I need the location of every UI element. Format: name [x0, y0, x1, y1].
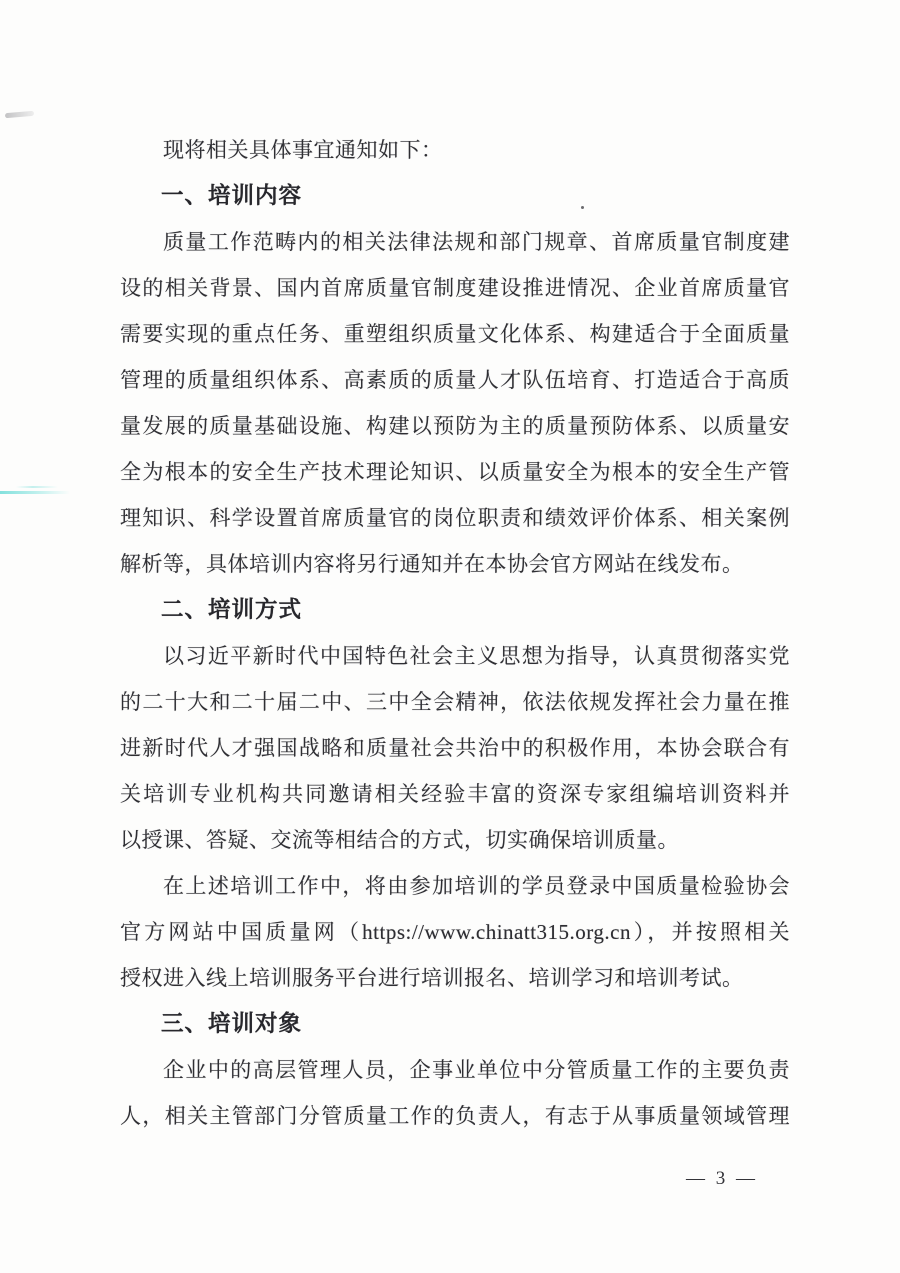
section-2-para-1-line-3: 进新时代人才强国战略和质量社会共治中的积极作用，本协会联合有	[120, 725, 790, 771]
section-2-para-1-line-5: 以授课、答疑、交流等相结合的方式，切实确保培训质量。	[120, 817, 790, 863]
section-3-para-1-line-2: 人，相关主管部门分管质量工作的负责人，有志于从事质量领域管理	[120, 1093, 790, 1139]
section-2-para-2-line-1: 在上述培训工作中，将由参加培训的学员登录中国质量检验协会	[120, 863, 790, 909]
section-2-para-1-line-2: 的二十大和二十届二中、三中全会精神，依法依规发挥社会力量在推	[120, 679, 790, 725]
section-1-para-1-line-4: 管理的质量组织体系、高素质的质量人才队伍培育、打造适合于高质	[120, 357, 790, 403]
section-2-heading: 二、培训方式	[120, 587, 790, 633]
section-1-para-1-line-5: 量发展的质量基础设施、构建以预防为主的质量预防体系、以质量安	[120, 403, 790, 449]
section-1-para-1-line-7: 理知识、科学设置首席质量官的岗位职责和绩效评价体系、相关案例	[120, 495, 790, 541]
section-3-heading: 三、培训对象	[120, 1001, 790, 1047]
section-1-para-1-line-3: 需要实现的重点任务、重塑组织质量文化体系、构建适合于全面质量	[120, 311, 790, 357]
section-1-para-1-line-6: 全为根本的安全生产技术理论知识、以质量安全为根本的安全生产管	[120, 449, 790, 495]
page-number: — 3 —	[686, 1164, 758, 1194]
section-2-para-1-line-4: 关培训专业机构共同邀请相关经验丰富的资深专家组编培训资料并	[120, 771, 790, 817]
section-1-para-1-line-1: 质量工作范畴内的相关法律法规和部门规章、首席质量官制度建	[120, 219, 790, 265]
section-2-para-2-line-2: 官方网站中国质量网（https://www.chinatt315.org.cn）…	[120, 909, 790, 955]
document-body: 现将相关具体事宜通知如下： 一、培训内容 质量工作范畴内的相关法律法规和部门规章…	[120, 127, 790, 1139]
section-1-para-1-line-8: 解析等，具体培训内容将另行通知并在本协会官方网站在线发布。	[120, 541, 790, 587]
intro-line: 现将相关具体事宜通知如下：	[120, 127, 790, 173]
section-1-para-1-line-2: 设的相关背景、国内首席质量官制度建设推进情况、企业首席质量官	[120, 265, 790, 311]
section-2-para-2-line-3: 授权进入线上培训服务平台进行培训报名、培训学习和培训考试。	[120, 955, 790, 1001]
section-2-para-1-line-1: 以习近平新时代中国特色社会主义思想为指导，认真贯彻落实党	[120, 633, 790, 679]
scanned-document-page: 现将相关具体事宜通知如下： 一、培训内容 质量工作范畴内的相关法律法规和部门规章…	[0, 0, 900, 1273]
pencil-smudge-artifact	[5, 111, 34, 119]
cyan-scan-line-faint-artifact	[16, 486, 58, 488]
cyan-scan-line-artifact	[0, 491, 70, 494]
section-3-para-1-line-1: 企业中的高层管理人员，企事业单位中分管质量工作的主要负责	[120, 1047, 790, 1093]
section-1-heading: 一、培训内容	[120, 173, 790, 219]
